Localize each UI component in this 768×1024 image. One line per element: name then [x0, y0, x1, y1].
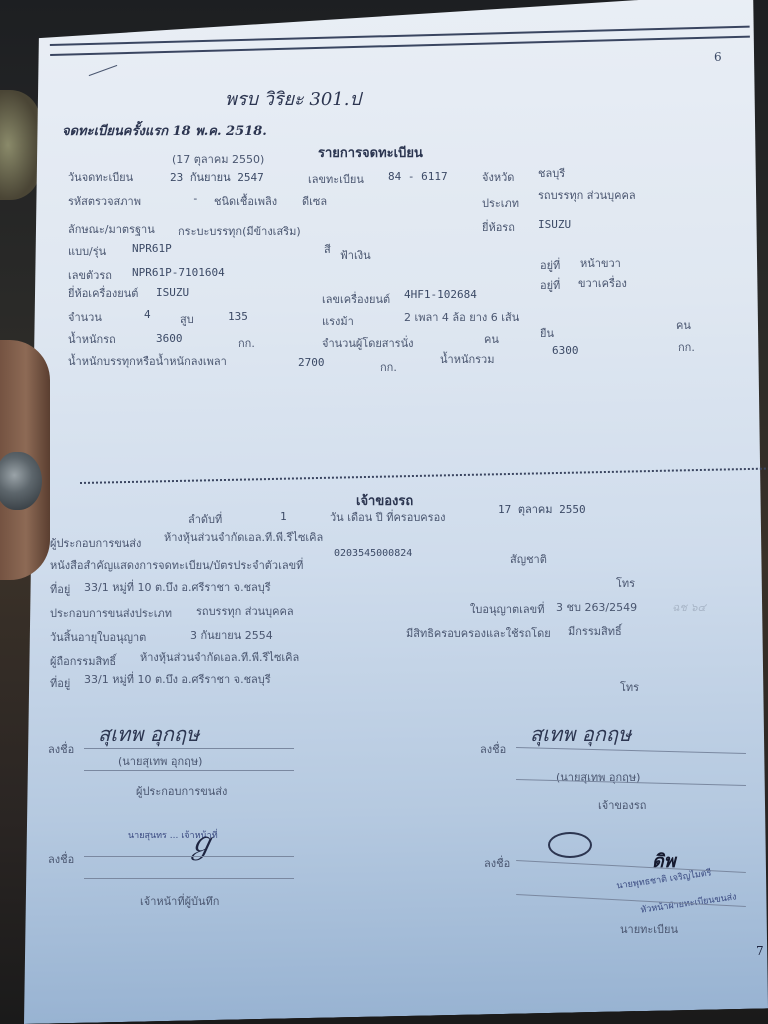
- vehicle-weight: 3600: [156, 332, 183, 345]
- holder-address-label: ที่อยู่: [50, 674, 70, 692]
- cylinder-unit: สูบ: [180, 310, 194, 328]
- inspection-label: รหัสตรวจสภาพ: [68, 192, 141, 210]
- plate-number: 84 - 6117: [388, 170, 448, 183]
- address-label: ที่อยู่: [50, 580, 70, 598]
- standard-label: ลักษณะ/มาตรฐาน: [68, 220, 155, 238]
- weight-unit: กก.: [238, 334, 255, 352]
- gross-unit: กก.: [678, 338, 695, 356]
- officer-sign-line: [84, 856, 294, 857]
- license-number: 3 ชบ 263/2549: [556, 598, 637, 616]
- seq-number: 1: [280, 510, 287, 523]
- province: ชลบุรี: [538, 164, 565, 182]
- seq-label: ลำดับที่: [188, 510, 222, 528]
- stand-label: ยืน: [540, 324, 554, 342]
- reg-date-label: วันจดทะเบียน: [68, 168, 133, 186]
- page-number-bottom: 7: [756, 944, 764, 958]
- sign-label-operator: ลงชื่อ: [48, 740, 74, 758]
- holder-name: ห้างหุ้นส่วนจำกัดเอล.ที.พี.รีไซเคิล: [140, 648, 299, 666]
- license-note: ฉช ๖๔: [672, 598, 706, 616]
- chassis-label: เลขตัวรถ: [68, 266, 112, 284]
- holder-address: 33/1 หมู่ที่ 10 ต.บึง อ.ศรีราชา จ.ชลบุรี: [84, 670, 271, 688]
- handwritten-note-insurance: พรบ วิริยะ 301.ป: [225, 84, 361, 113]
- type-label: ประเภท: [482, 194, 519, 212]
- engine-no-label: เลขเครื่องยนต์: [322, 290, 390, 308]
- phone-label: โทร: [616, 574, 635, 592]
- weight-label: น้ำหนักรถ: [68, 330, 116, 348]
- holder-label: ผู้ถือกรรมสิทธิ์: [50, 652, 116, 670]
- header-rule: [50, 26, 750, 56]
- brand: ISUZU: [538, 218, 571, 231]
- sign-label-registrar: ลงชื่อ: [484, 854, 510, 872]
- load-unit: กก.: [380, 358, 397, 376]
- operator-name-line: [84, 770, 294, 771]
- inspection-code: -: [192, 192, 199, 205]
- seats-label: จำนวนผู้โดยสารนั่ง: [322, 334, 413, 352]
- color: ฟ้าเงิน: [340, 246, 371, 264]
- officer-name-line: [84, 878, 294, 879]
- standard: กระบะบรรทุก(มีข้างเสริม): [178, 222, 301, 240]
- right-label: มีสิทธิครอบครองและใช้รถโดย: [406, 624, 551, 642]
- engine-location: ขวาเครื่อง: [578, 274, 627, 292]
- operator-printed-name: (นายสุเทพ อุกฤษ): [118, 752, 202, 770]
- model: NPR61P: [132, 242, 172, 255]
- color-label: สี: [324, 240, 331, 258]
- owner-role: เจ้าของรถ: [598, 796, 646, 814]
- sign-label-officer: ลงชื่อ: [48, 850, 74, 868]
- reg-date: 23 กันยายน 2547: [170, 168, 264, 186]
- registrar-role: นายทะเบียน: [620, 920, 678, 938]
- hp-label: แรงม้า: [322, 312, 354, 330]
- engine-brand: ISUZU: [156, 286, 189, 299]
- cylinders-label: จำนวน: [68, 308, 102, 326]
- brand-label: ยี่ห้อรถ: [482, 218, 515, 236]
- right-value: มีกรรมสิทธิ์: [568, 622, 622, 640]
- officer-role: เจ้าหน้าที่ผู้บันทึก: [140, 892, 219, 910]
- engine-brand-label: ยี่ห้อเครื่องยนต์: [68, 284, 138, 302]
- operator-name: ห้างหุ้นส่วนจำกัดเอล.ที.พี.รีไซเคิล: [164, 528, 323, 546]
- stand-unit: คน: [676, 316, 691, 334]
- vehicle-type: รถบรรทุก ส่วนบุคคล: [538, 186, 636, 204]
- pen-mark: [89, 65, 118, 76]
- page-number-top: 6: [714, 50, 722, 64]
- seats-unit: คน: [484, 330, 499, 348]
- id-label: หนังสือสำคัญแสดงการจดทะเบียน/บัตรประจำตั…: [50, 556, 303, 574]
- date-line: (17 ตุลาคม 2550): [172, 150, 264, 168]
- document-content: 6 พรบ วิริยะ 301.ป จดทะเบียนครั้งแรก 18 …: [0, 0, 768, 1024]
- operator-signature: สุเทพ อุกฤษ: [98, 718, 199, 750]
- operator-label: ผู้ประกอบการขนส่ง: [50, 534, 141, 552]
- operator-sign-line: [84, 748, 294, 749]
- gross-label: น้ำหนักรวม: [440, 350, 494, 368]
- possess-date: 17 ตุลาคม 2550: [498, 500, 586, 518]
- address: 33/1 หมู่ที่ 10 ต.บึง อ.ศรีราชา จ.ชลบุรี: [84, 578, 271, 596]
- engine-number: 4HF1-102684: [404, 288, 477, 301]
- model-label: แบบ/รุ่น: [68, 242, 106, 260]
- expiry-date: 3 กันยายน 2554: [190, 626, 273, 644]
- transport-type-label: ประกอบการขนส่งประเภท: [50, 604, 172, 622]
- expiry-label: วันสิ้นอายุใบอนุญาต: [50, 628, 146, 646]
- fuel-type: ดีเซล: [302, 192, 327, 210]
- id-number: 0203545000824: [334, 548, 412, 559]
- plate-label: เลขทะเบียน: [308, 170, 364, 188]
- chassis-location: หน้าขวา: [580, 254, 621, 272]
- chassis-loc-label: อยู่ที่: [540, 256, 560, 274]
- operator-role: ผู้ประกอบการขนส่ง: [136, 782, 227, 800]
- load-label: น้ำหนักบรรทุกหรือน้ำหนักลงเพลา: [68, 352, 227, 370]
- engine-cc: 135: [228, 310, 248, 323]
- sign-label-owner: ลงชื่อ: [480, 740, 506, 758]
- load-weight: 2700: [298, 356, 325, 369]
- fuel-label: ชนิดเชื้อเพลิง: [214, 192, 277, 210]
- axles: 2 เพลา 4 ล้อ ยาง 6 เส้น: [404, 308, 519, 326]
- handwritten-note-first-reg: จดทะเบียนครั้งแรก 18 พ.ค. 2518.: [62, 120, 267, 141]
- holder-phone-label: โทร: [620, 678, 639, 696]
- document-title: รายการจดทะเบียน: [318, 142, 423, 163]
- cylinders: 4: [144, 308, 151, 321]
- possess-date-label: วัน เดือน ปี ที่ครอบครอง: [330, 508, 446, 526]
- nationality-label: สัญชาติ: [510, 550, 547, 568]
- chassis-number: NPR61P-7101604: [132, 266, 225, 279]
- transport-type: รถบรรทุก ส่วนบุคคล: [196, 602, 294, 620]
- registrar-signature-mark: [548, 832, 592, 858]
- owner-signature: สุเทพ อุกฤษ: [530, 718, 631, 750]
- province-label: จังหวัด: [482, 168, 514, 186]
- license-label: ใบอนุญาตเลขที่: [470, 600, 544, 618]
- section-divider: [80, 468, 768, 484]
- engine-loc-label: อยู่ที่: [540, 276, 560, 294]
- owner-printed-name: (นายสุเทพ อุกฤษ): [556, 768, 640, 786]
- gross-weight: 6300: [552, 344, 579, 357]
